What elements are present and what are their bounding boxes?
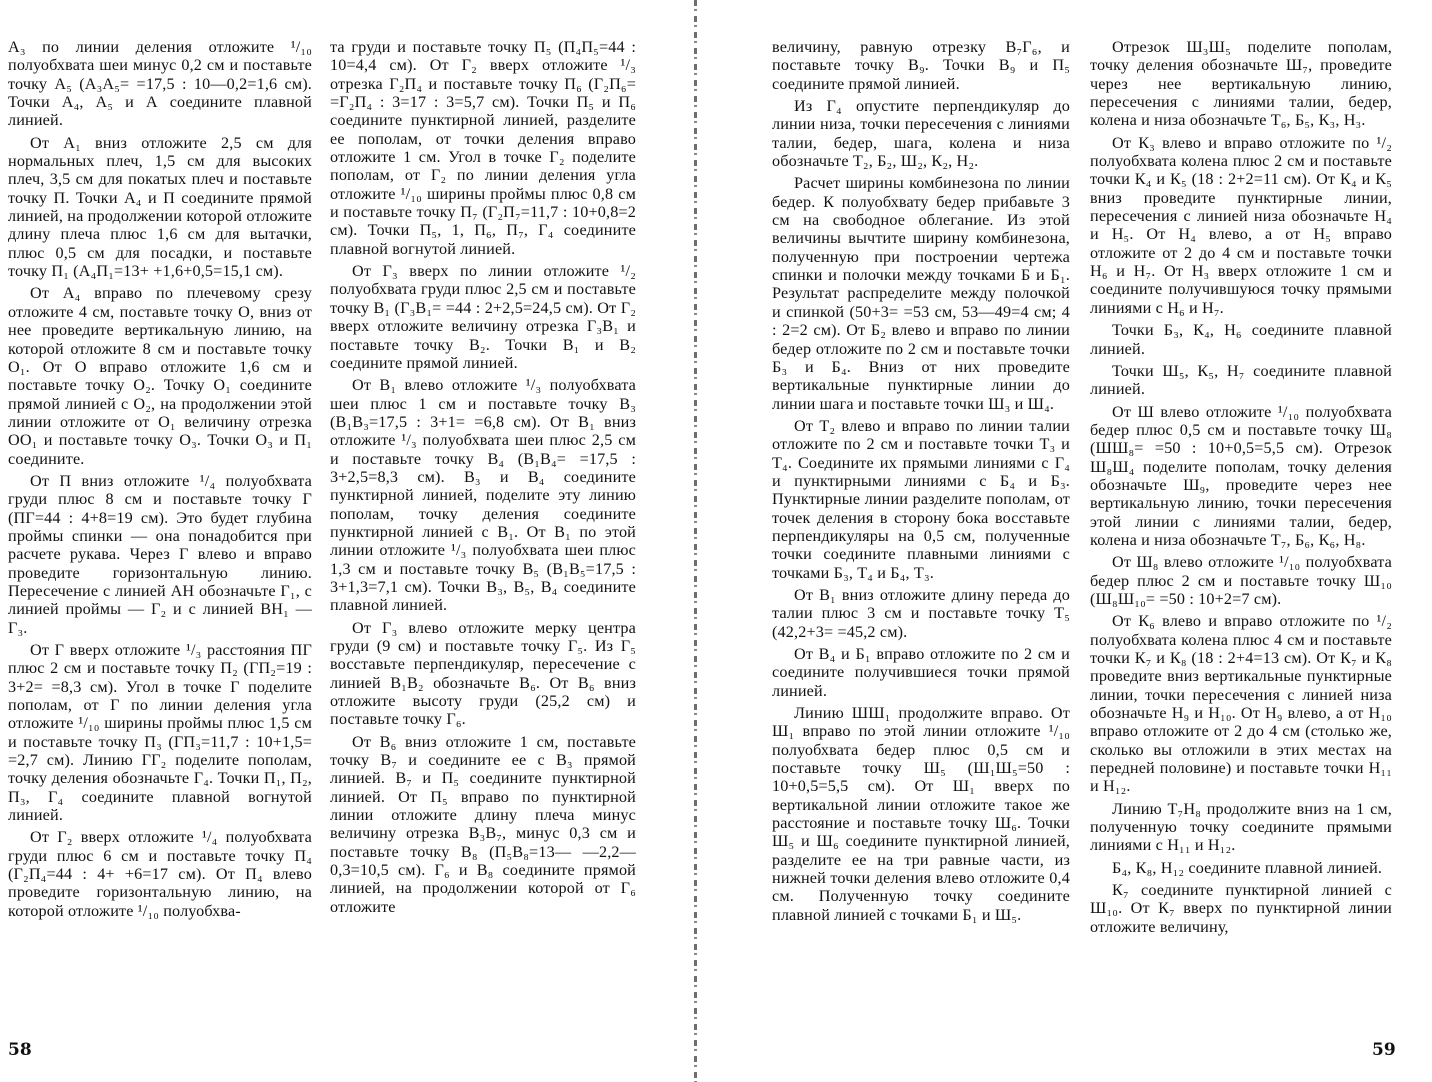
paragraph: От В₁ вниз отложите длину переда до тали… <box>772 586 1070 641</box>
paragraph: От Ш влево отложите ¹/₁₀ полуобхвата бед… <box>1090 403 1392 550</box>
paragraph: Точки Ш₅, К₅, Н₇ соедините плавной линие… <box>1090 362 1392 399</box>
left-page-column-2: та груди и поставьте точку П₅ (П₄П₅=44 :… <box>330 38 636 916</box>
paragraph: Отрезок Ш₃Ш₅ поделите пополам, точку дел… <box>1090 38 1392 130</box>
paragraph: величину, равную отрезку В₇Г₆, и поставь… <box>772 38 1070 93</box>
paragraph: От К₃ влево и вправо отложите по ¹/₂ пол… <box>1090 134 1392 317</box>
paragraph: Расчет ширины комбинезона по линии бедер… <box>772 174 1070 412</box>
right-page-column-1: величину, равную отрезку В₇Г₆, и поставь… <box>772 38 1070 924</box>
paragraph: От А₄ вправо по плечевому срезу отложите… <box>8 284 312 467</box>
left-page: А₃ по линии деления отложите ¹/₁₀ полуоб… <box>0 0 700 1082</box>
paragraph: От Ш₈ влево отложите ¹/₁₀ полуобхвата бе… <box>1090 553 1392 608</box>
paragraph: От Г₂ вверх отложите ¹/₄ полуобхвата гру… <box>8 828 312 920</box>
paragraph: та груди и поставьте точку П₅ (П₄П₅=44 :… <box>330 38 636 258</box>
paragraph: От А₁ вниз отложите 2,5 см для нормальны… <box>8 134 312 281</box>
paragraph: Точки Б₃, К₄, Н₆ соедините плавной линие… <box>1090 321 1392 358</box>
paragraph: От Г₃ вверх по линии отложите ¹/₂ полуоб… <box>330 262 636 372</box>
paragraph: От В₄ и Б₁ вправо отложите по 2 см и сое… <box>772 645 1070 700</box>
paragraph: От Г вверх отложите ¹/₃ расстояния ПГ пл… <box>8 641 312 824</box>
paragraph: От Г₃ влево отложите мерку центра груди … <box>330 619 636 729</box>
paragraph: От В₆ вниз отложите 1 см, поставьте точк… <box>330 733 636 916</box>
page-number-right: 59 <box>1372 1040 1396 1060</box>
paragraph: От К₆ влево и вправо отложите по ¹/₂ пол… <box>1090 612 1392 795</box>
paragraph: Из Г₄ опустите перпендикуляр до линии ни… <box>772 97 1070 170</box>
paragraph: Линию ШШ₁ продолжите вправо. От Ш₁ вправ… <box>772 704 1070 924</box>
binding-gutter <box>694 0 697 1082</box>
right-page-column-2: Отрезок Ш₃Ш₅ поделите пополам, точку дел… <box>1090 38 1392 936</box>
paragraph: А₃ по линии деления отложите ¹/₁₀ полуоб… <box>8 38 312 130</box>
paragraph: К₇ соедините пунктирной линией с Ш₁₀. От… <box>1090 881 1392 936</box>
paragraph: Б₄, К₈, Н₁₂ соедините плавной линией. <box>1090 859 1392 877</box>
paragraph: Линию Т₇Н₈ продолжите вниз на 1 см, полу… <box>1090 800 1392 855</box>
left-page-column-1: А₃ по линии деления отложите ¹/₁₀ полуоб… <box>8 38 312 920</box>
paragraph: От В₁ влево отложите ¹/₃ полуобхвата шеи… <box>330 376 636 614</box>
right-page: величину, равную отрезку В₇Г₆, и поставь… <box>700 0 1432 1082</box>
page-number-left: 58 <box>8 1040 32 1060</box>
paragraph: От П вниз отложите ¹/₄ полуобхвата груди… <box>8 472 312 637</box>
book-spread: А₃ по линии деления отложите ¹/₁₀ полуоб… <box>0 0 1432 1082</box>
paragraph: От Т₂ влево и вправо по линии талии отло… <box>772 417 1070 582</box>
